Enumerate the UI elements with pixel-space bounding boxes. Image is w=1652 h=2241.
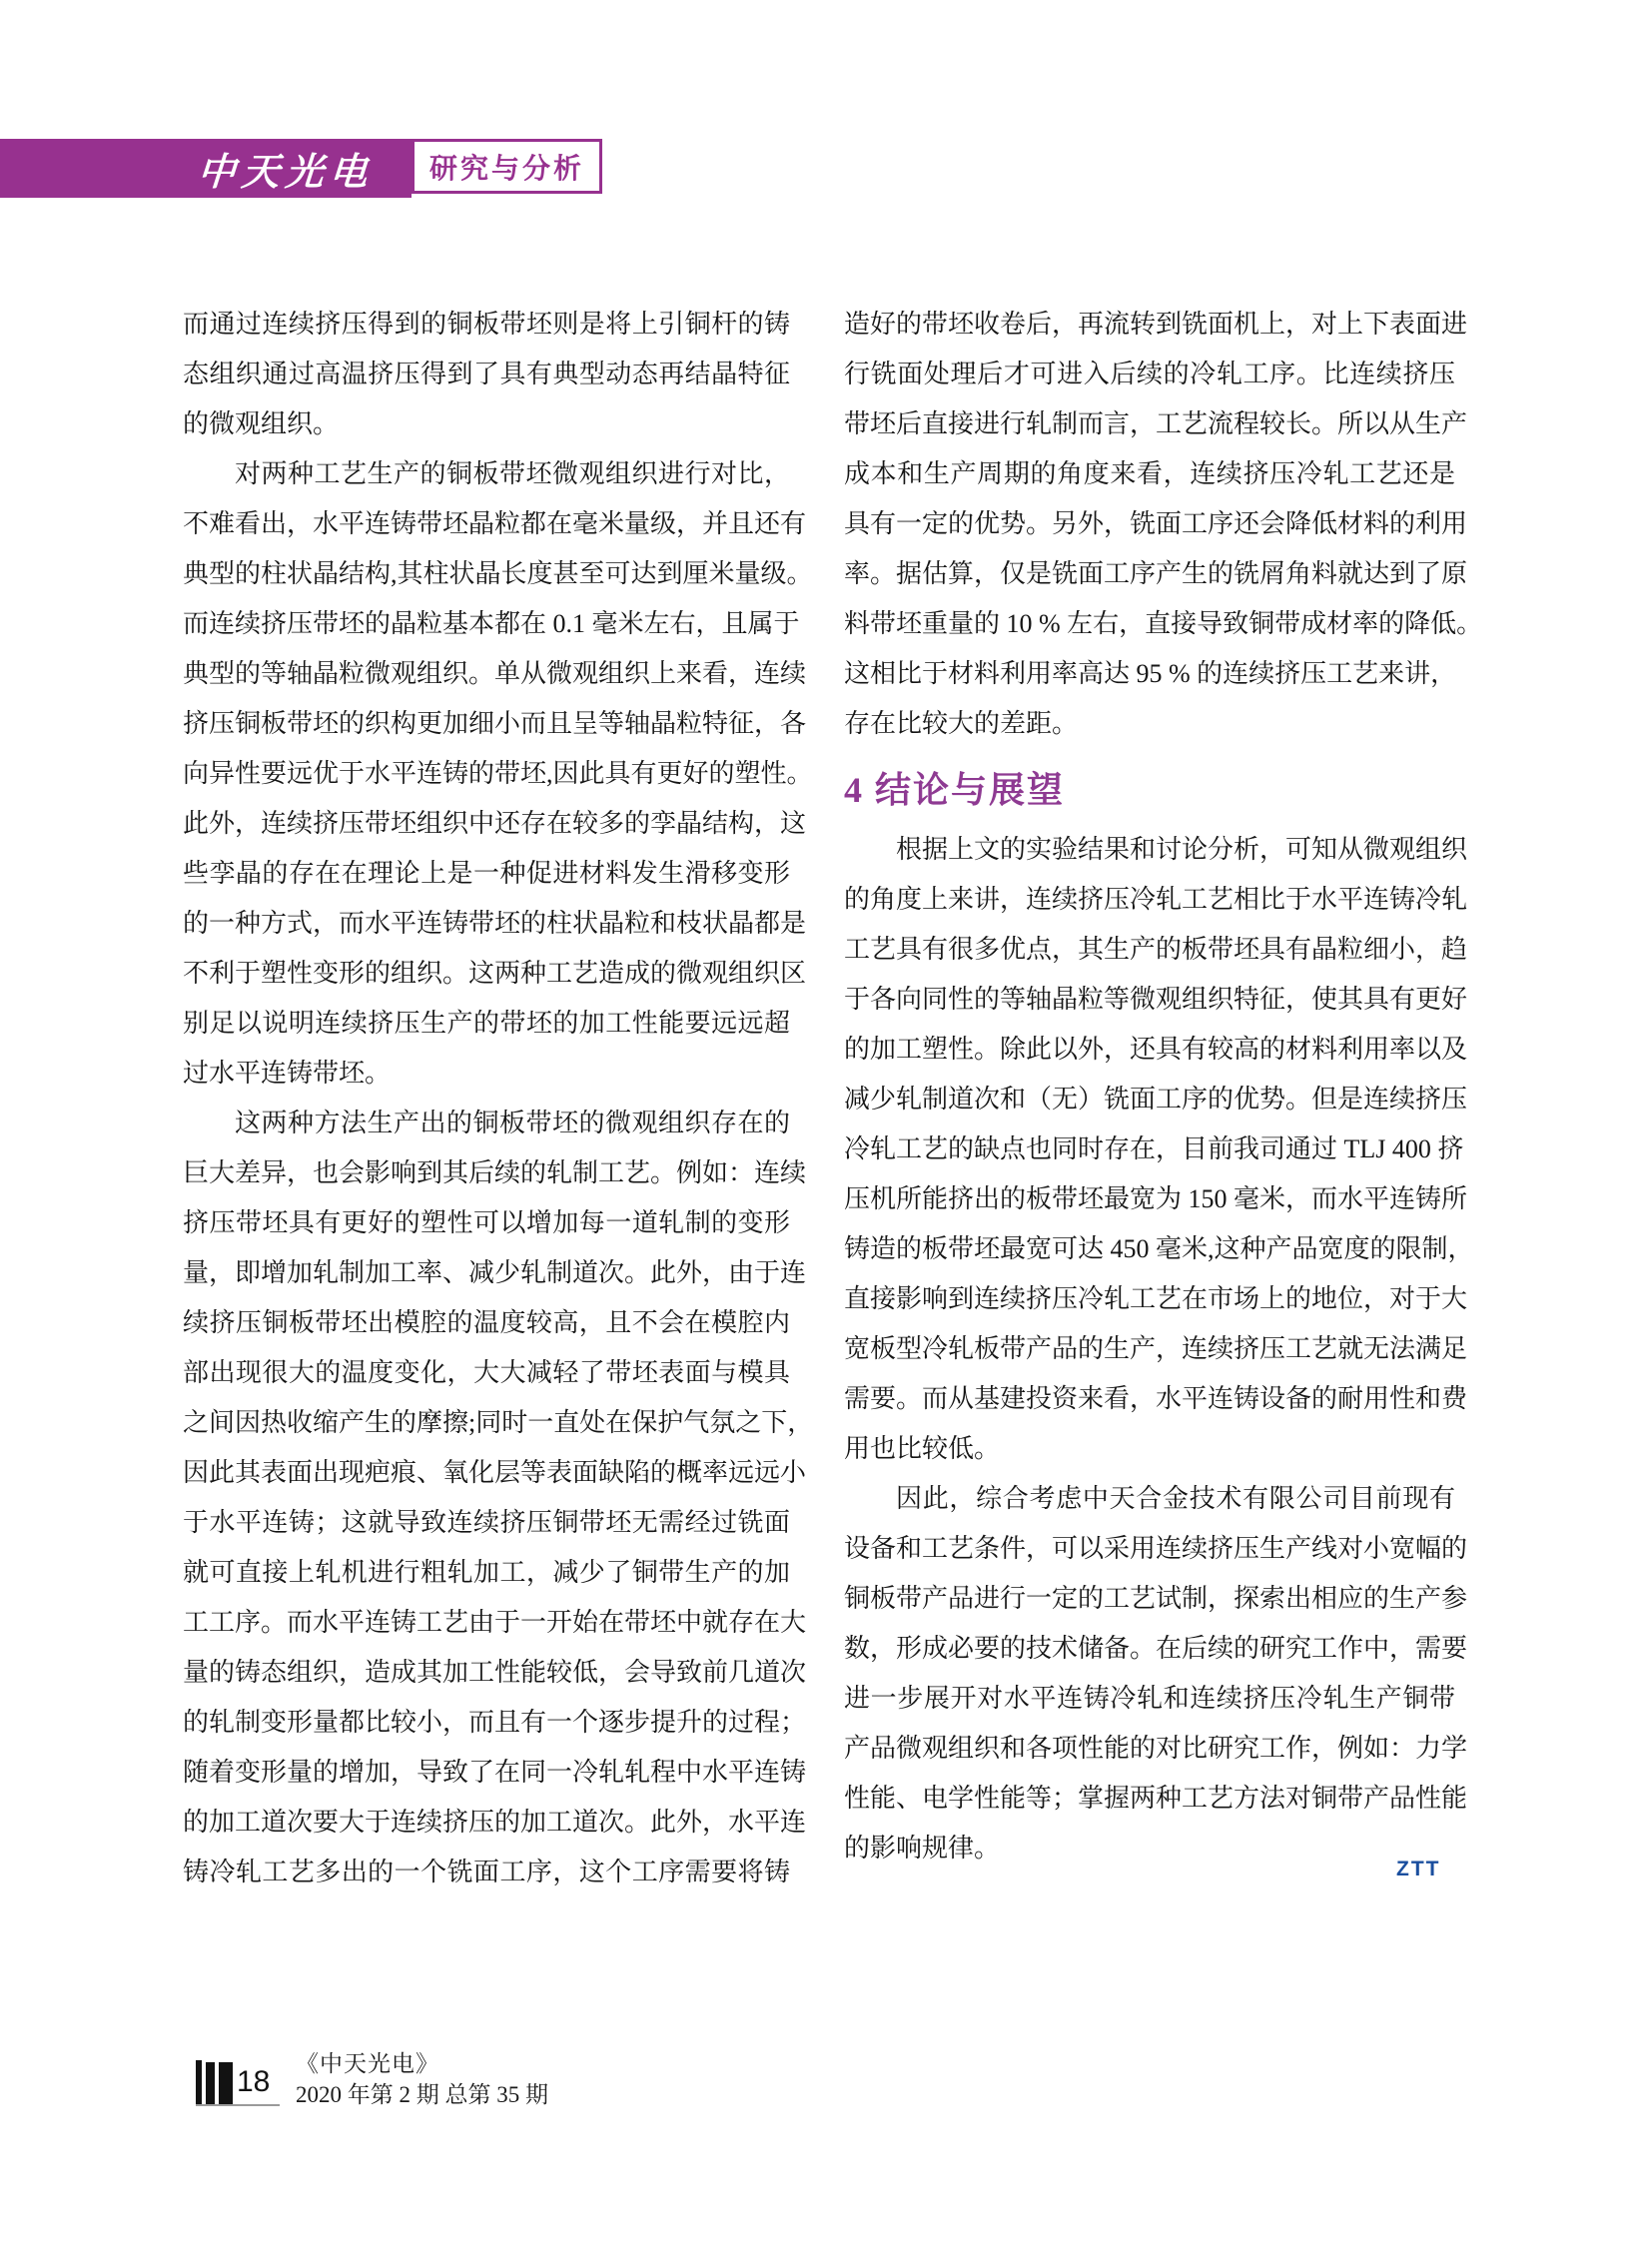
text-line: 此外，连续挤压带坯组织中还存在较多的孪晶结构，这 bbox=[183, 799, 790, 849]
text-line: 这两种方法生产出的铜板带坯的微观组织存在的 bbox=[183, 1099, 790, 1148]
text-line: 性能、电学性能等；掌握两种工艺方法对铜带产品性能 bbox=[844, 1774, 1455, 1824]
text-line: 直接影响到连续挤压冷轧工艺在市场上的地位，对于大 bbox=[844, 1274, 1455, 1324]
text-line: 的影响规律。 bbox=[844, 1824, 1455, 1873]
page-number: 18 bbox=[237, 2065, 270, 2099]
text-line: 不难看出，水平连铸带坯晶粒都在毫米量级，并且还有 bbox=[183, 499, 790, 549]
text-line: 铸冷轧工艺多出的一个铣面工序，这个工序需要将铸 bbox=[183, 1848, 790, 1897]
left-column: 而通过连续挤压得到的铜板带坯则是将上引铜杆的铸 态组织通过高温挤压得到了具有典型… bbox=[183, 300, 790, 1897]
text-line: 减少轧制道次和（无）铣面工序的优势。但是连续挤压 bbox=[844, 1075, 1455, 1124]
text-line: 压机所能挤出的板带坯最宽为 150 毫米，而水平连铸所 bbox=[844, 1174, 1455, 1224]
text-line: 量，即增加轧制加工率、减少轧制道次。此外，由于连 bbox=[183, 1248, 790, 1298]
text-line: 带坯后直接进行轧制而言，工艺流程较长。所以从生产 bbox=[844, 399, 1455, 449]
ztt-end-mark: ZTT bbox=[1396, 1858, 1440, 1881]
text-line: 数，形成必要的技术储备。在后续的研究工作中，需要 bbox=[844, 1624, 1455, 1674]
text-line: 态组织通过高温挤压得到了具有典型动态再结晶特征 bbox=[183, 350, 790, 399]
header-brand-band: 中天光电 bbox=[0, 139, 412, 198]
text-line: 用也比较低。 bbox=[844, 1424, 1455, 1474]
issue-info: 2020 年第 2 期 总第 35 期 bbox=[296, 2080, 548, 2110]
bar-icon bbox=[196, 2060, 202, 2104]
text-line: 造好的带坯收卷后，再流转到铣面机上，对上下表面进 bbox=[844, 300, 1455, 350]
text-line: 具有一定的优势。另外，铣面工序还会降低材料的利用 bbox=[844, 499, 1455, 549]
text-line: 续挤压铜板带坯出模腔的温度较高，且不会在模腔内 bbox=[183, 1298, 790, 1348]
footer-rule bbox=[196, 2104, 280, 2106]
brand-logo: 中天光电 bbox=[196, 141, 413, 196]
text-line: 典型的等轴晶粒微观组织。单从微观组织上来看，连续 bbox=[183, 649, 790, 699]
text-line: 需要。而从基建投资来看，水平连铸设备的耐用性和费 bbox=[844, 1374, 1455, 1424]
text-line: 根据上文的实验结果和讨论分析，可知从微观组织 bbox=[844, 825, 1455, 875]
text-line: 设备和工艺条件，可以采用连续挤压生产线对小宽幅的 bbox=[844, 1524, 1455, 1574]
section-label-box: 研究与分析 bbox=[412, 139, 602, 194]
text-line: 因此其表面出现疤痕、氧化层等表面缺陷的概率远远小 bbox=[183, 1448, 790, 1498]
right-column: 造好的带坯收卷后，再流转到铣面机上，对上下表面进 行铣面处理后才可进入后续的冷轧… bbox=[844, 300, 1455, 1873]
text-line: 随着变形量的增加，导致了在同一冷轧轧程中水平连铸 bbox=[183, 1748, 790, 1798]
text-line: 就可直接上轧机进行粗轧加工，减少了铜带生产的加 bbox=[183, 1548, 790, 1598]
text-line: 冷轧工艺的缺点也同时存在，目前我司通过 TLJ 400 挤 bbox=[844, 1124, 1455, 1174]
text-line: 之间因热收缩产生的摩擦;同时一直处在保护气氛之下， bbox=[183, 1398, 790, 1448]
text-line: 率。据估算，仅是铣面工序产生的铣屑角料就达到了原 bbox=[844, 549, 1455, 599]
text-line: 工艺具有很多优点，其生产的板带坯具有晶粒细小，趋 bbox=[844, 925, 1455, 975]
text-line: 铜板带产品进行一定的工艺试制，探索出相应的生产参 bbox=[844, 1574, 1455, 1624]
text-line: 工工序。而水平连铸工艺由于一开始在带坯中就存在大 bbox=[183, 1598, 790, 1648]
text-line: 而连续挤压带坯的晶粒基本都在 0.1 毫米左右，且属于 bbox=[183, 599, 790, 649]
text-line: 因此，综合考虑中天合金技术有限公司目前现有 bbox=[844, 1474, 1455, 1524]
text-line: 巨大差异，也会影响到其后续的轧制工艺。例如：连续 bbox=[183, 1148, 790, 1198]
text-line: 向异性要远优于水平连铸的带坯,因此具有更好的塑性。 bbox=[183, 749, 790, 799]
text-line: 产品微观组织和各项性能的对比研究工作，例如：力学 bbox=[844, 1724, 1455, 1774]
text-line: 的角度上来讲，连续挤压冷轧工艺相比于水平连铸冷轧 bbox=[844, 875, 1455, 925]
bar-icon bbox=[219, 2062, 233, 2104]
text-line: 而通过连续挤压得到的铜板带坯则是将上引铜杆的铸 bbox=[183, 300, 790, 350]
text-line: 铸造的板带坯最宽可达 450 毫米,这种产品宽度的限制， bbox=[844, 1224, 1455, 1274]
bar-icon bbox=[206, 2062, 215, 2104]
section-label: 研究与分析 bbox=[429, 147, 584, 187]
text-line: 挤压铜板带坯的织构更加细小而且呈等轴晶粒特征，各 bbox=[183, 699, 790, 749]
text-line: 成本和生产周期的角度来看，连续挤压冷轧工艺还是 bbox=[844, 449, 1455, 499]
text-line: 对两种工艺生产的铜板带坯微观组织进行对比， bbox=[183, 449, 790, 499]
text-line: 的加工塑性。除此以外，还具有较高的材料利用率以及 bbox=[844, 1025, 1455, 1075]
text-line: 部出现很大的温度变化，大大减轻了带坯表面与模具 bbox=[183, 1348, 790, 1398]
text-line: 的微观组织。 bbox=[183, 399, 790, 449]
text-line: 量的铸态组织，造成其加工性能较低，会导致前几道次 bbox=[183, 1648, 790, 1698]
text-line: 宽板型冷轧板带产品的生产，连续挤压工艺就无法满足 bbox=[844, 1324, 1455, 1374]
text-line: 的轧制变形量都比较小，而且有一个逐步提升的过程； bbox=[183, 1698, 790, 1748]
journal-name: 《中天光电》 bbox=[296, 2049, 439, 2079]
journal-page: 中天光电 研究与分析 而通过连续挤压得到的铜板带坯则是将上引铜杆的铸 态组织通过… bbox=[0, 0, 1652, 2241]
text-line: 不利于塑性变形的组织。这两种工艺造成的微观组织区 bbox=[183, 949, 790, 999]
text-line: 这相比于材料利用率高达 95 % 的连续挤压工艺来讲， bbox=[844, 649, 1455, 699]
text-line: 进一步展开对水平连铸冷轧和连续挤压冷轧生产铜带 bbox=[844, 1674, 1455, 1724]
text-line: 些孪晶的存在在理论上是一种促进材料发生滑移变形 bbox=[183, 849, 790, 899]
text-line: 过水平连铸带坯。 bbox=[183, 1049, 790, 1099]
text-line: 料带坯重量的 10 % 左右，直接导致铜带成材率的降低。 bbox=[844, 599, 1455, 649]
text-line: 的一种方式，而水平连铸带坯的柱状晶粒和枝状晶都是 bbox=[183, 899, 790, 949]
text-line: 别足以说明连续挤压生产的带坯的加工性能要远远超 bbox=[183, 999, 790, 1049]
text-line: 挤压带坯具有更好的塑性可以增加每一道轧制的变形 bbox=[183, 1198, 790, 1248]
text-line: 典型的柱状晶结构,其柱状晶长度甚至可达到厘米量级。 bbox=[183, 549, 790, 599]
text-line: 于各向同性的等轴晶粒等微观组织特征，使其具有更好 bbox=[844, 975, 1455, 1025]
text-line: 的加工道次要大于连续挤压的加工道次。此外，水平连 bbox=[183, 1798, 790, 1848]
section-heading: 4 结论与展望 bbox=[844, 765, 1455, 815]
text-line: 行铣面处理后才可进入后续的冷轧工序。比连续挤压 bbox=[844, 350, 1455, 399]
page-number-bars-icon bbox=[196, 2060, 233, 2104]
text-line: 于水平连铸；这就导致连续挤压铜带坯无需经过铣面 bbox=[183, 1498, 790, 1548]
text-line: 存在比较大的差距。 bbox=[844, 699, 1455, 749]
